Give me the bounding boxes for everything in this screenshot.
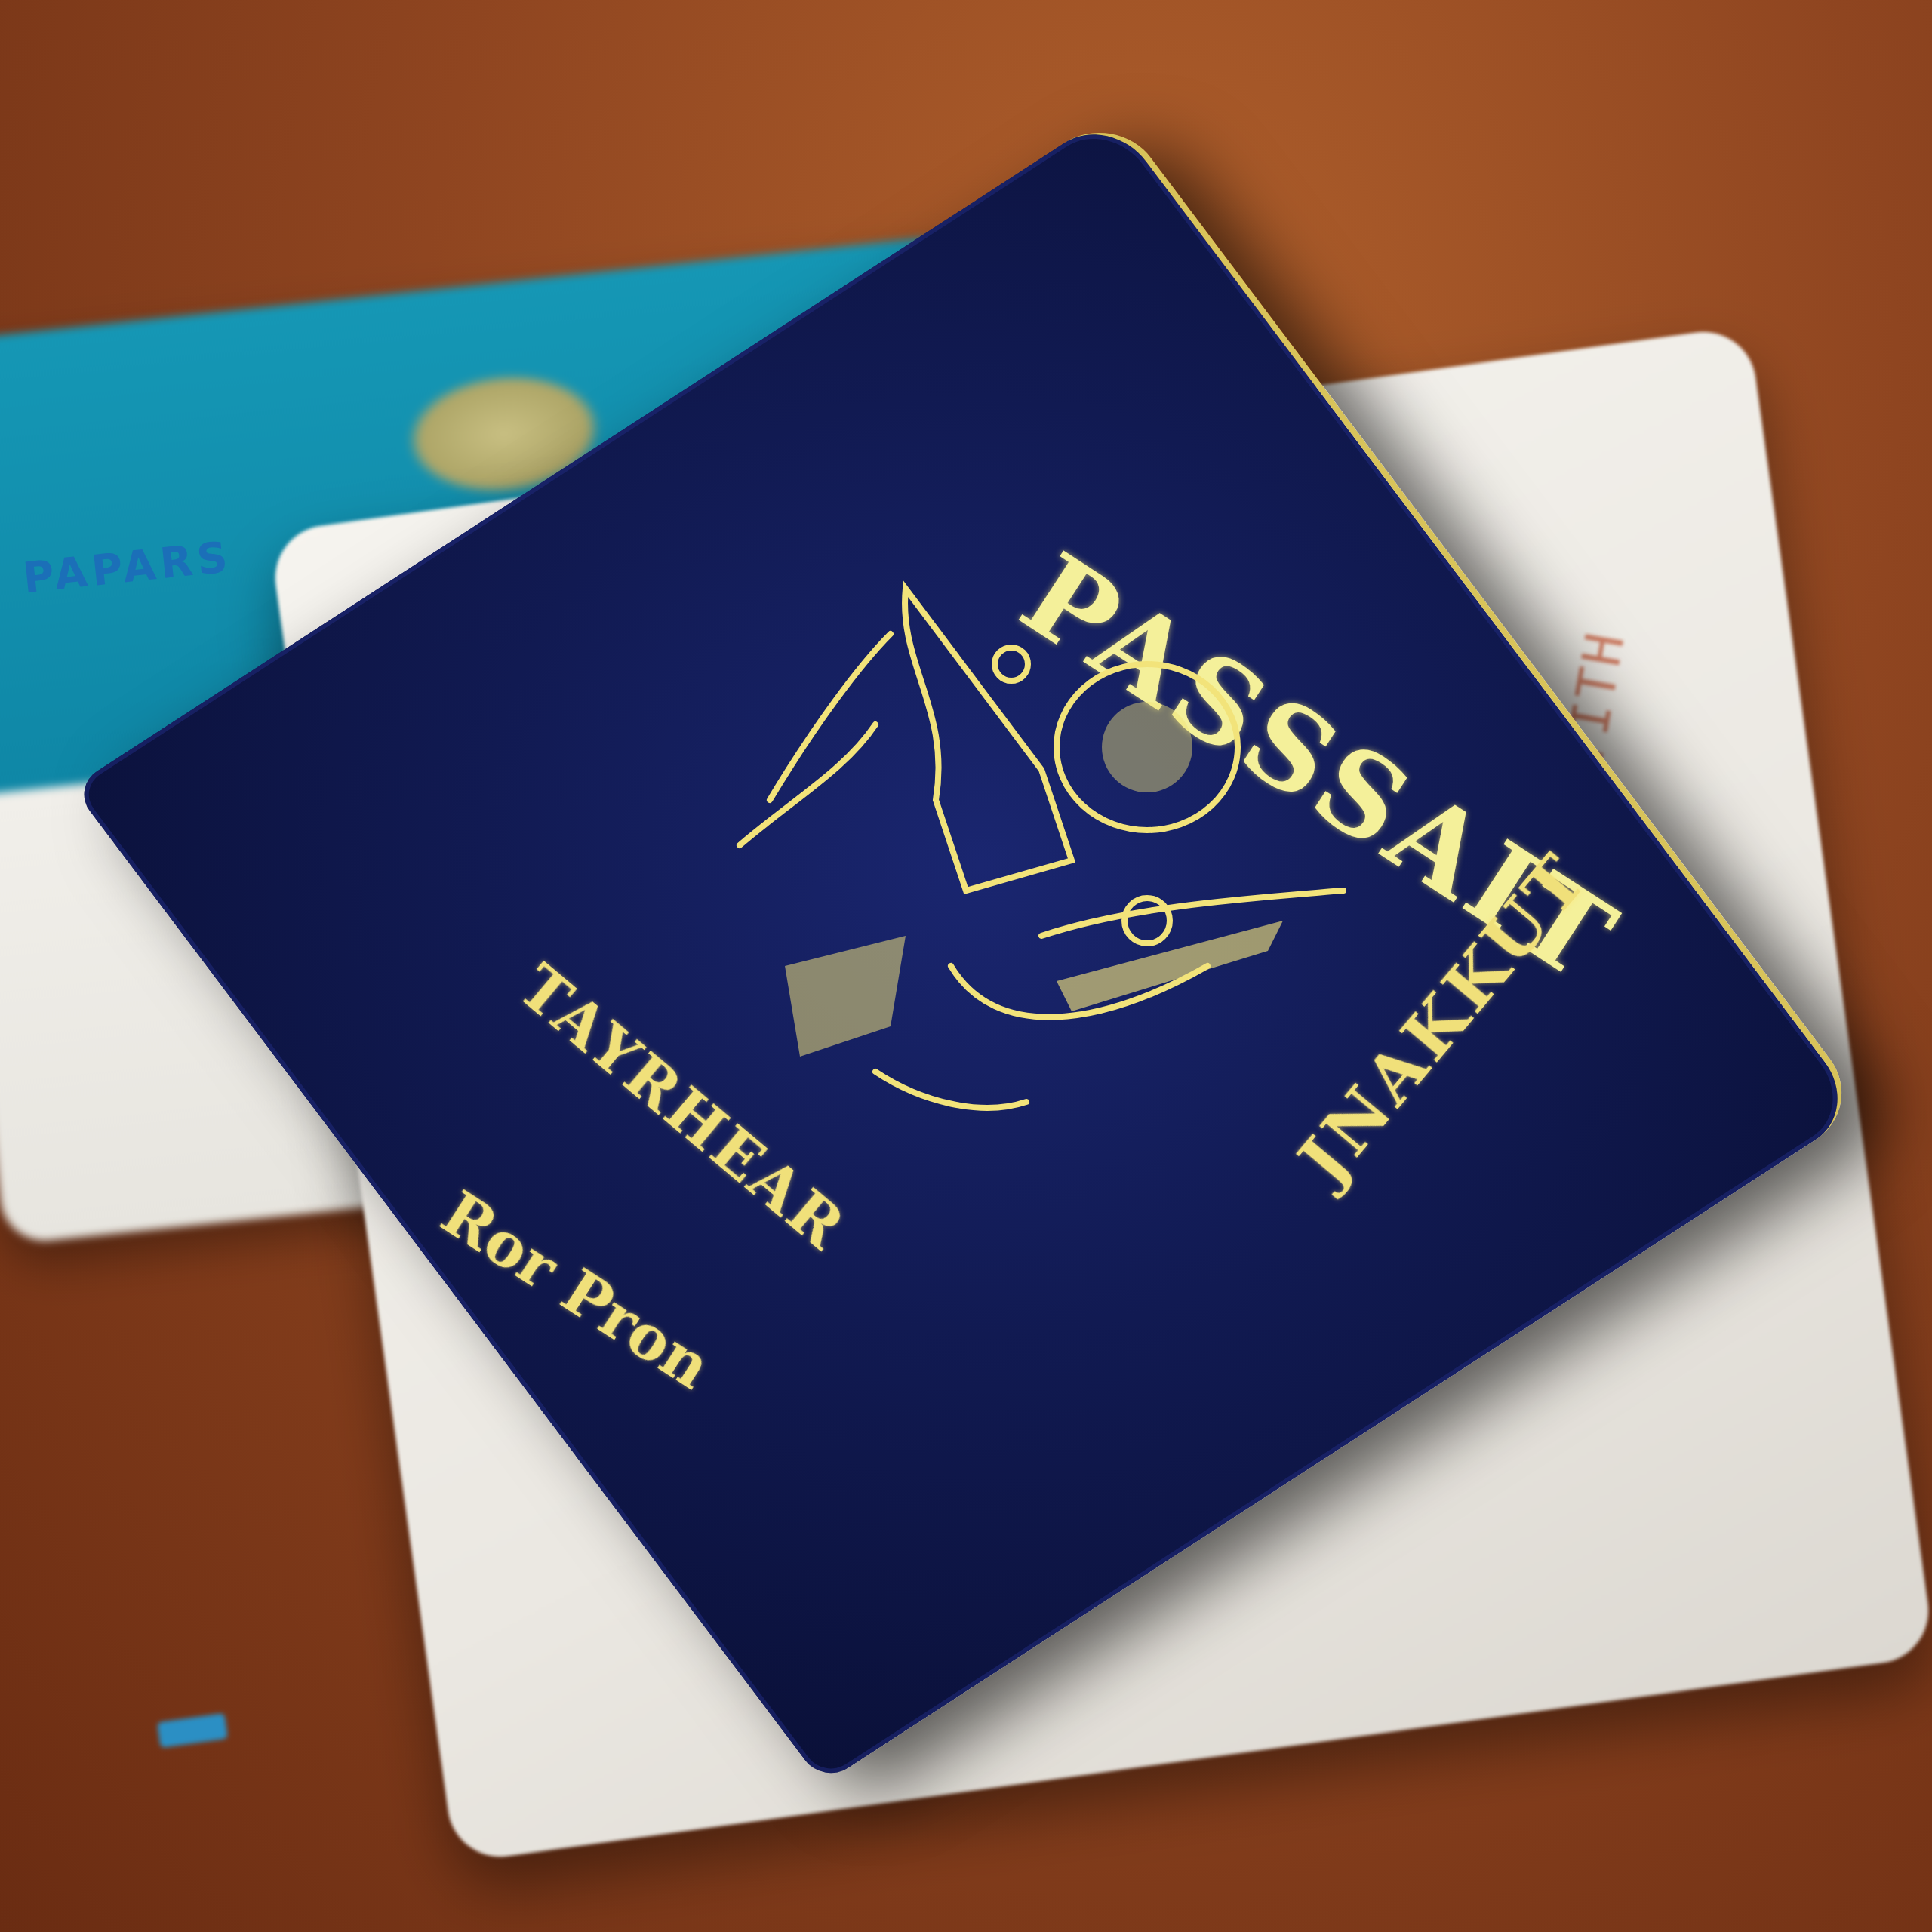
- photo-scene: PPUAIUN PAPARS ITHUNTITH IRSUTI PASSSAIT…: [0, 0, 1932, 1932]
- eagle-emblem-icon: [679, 574, 1358, 1177]
- blue-mark: [157, 1713, 228, 1748]
